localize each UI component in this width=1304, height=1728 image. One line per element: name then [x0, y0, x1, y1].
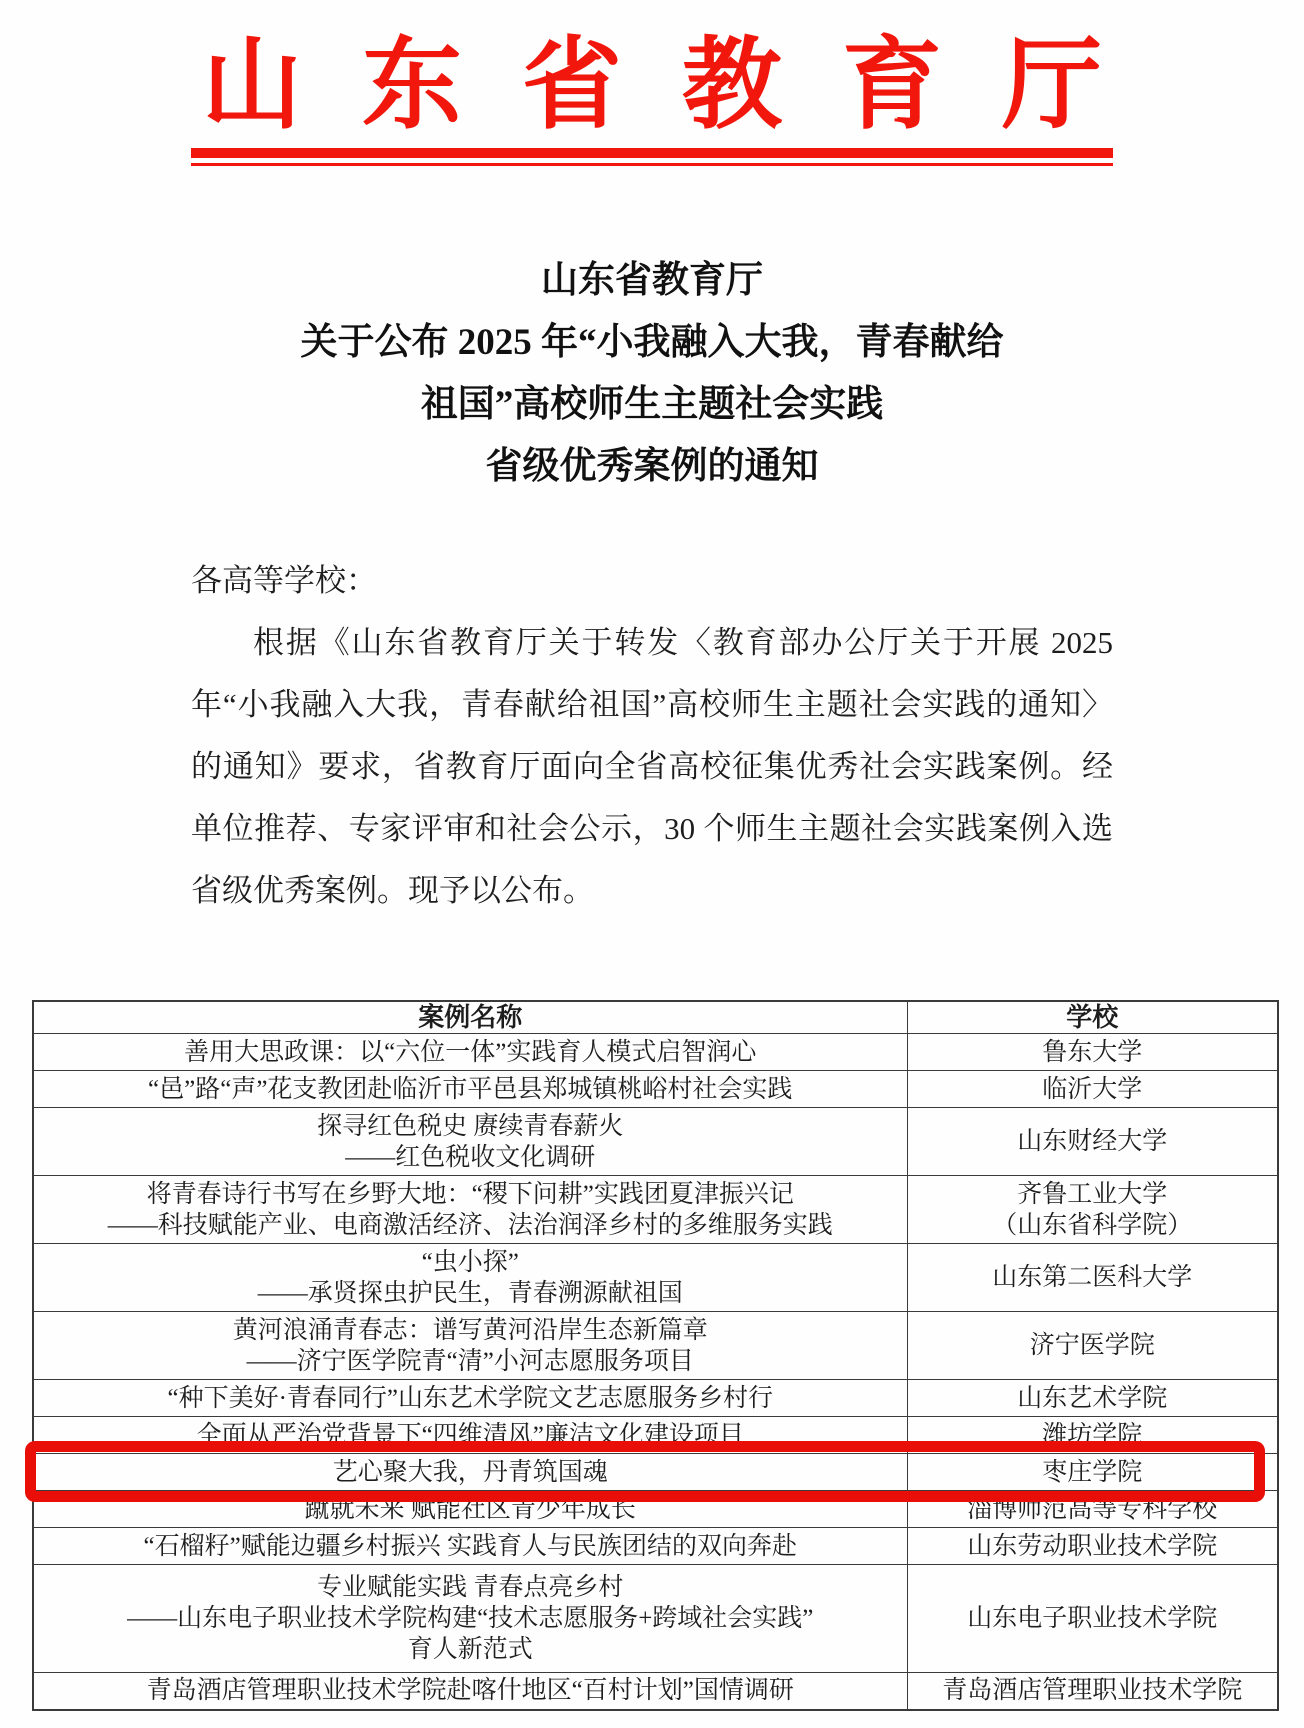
letterhead-rule-thin	[191, 163, 1113, 166]
school-cell: 山东第二医科大学	[907, 1244, 1278, 1312]
results-table-wrap: 案例名称 学校 善用大思政课：以“六位一体”实践育人模式启智润心鲁东大学“邑”路…	[32, 1000, 1277, 1711]
document-page: 山东省教育厅 山东省教育厅 关于公布 2025 年“小我融入大我，青春献给 祖国…	[0, 0, 1304, 1728]
document-title-line: 关于公布 2025 年“小我融入大我，青春献给	[0, 312, 1304, 374]
school-header: 学校	[907, 1001, 1278, 1034]
case-name-cell: 艺心聚大我，丹青筑国魂	[33, 1454, 907, 1491]
letterhead-rule-thick	[191, 148, 1113, 158]
case-name-cell: 善用大思政课：以“六位一体”实践育人模式启智润心	[33, 1034, 907, 1071]
school-cell: 山东电子职业技术学院	[907, 1565, 1278, 1673]
case-name-cell: 将青春诗行书写在乡野大地：“稷下问耕”实践团夏津振兴记 ——科技赋能产业、电商激…	[33, 1176, 907, 1244]
document-title-line: 省级优秀案例的通知	[0, 436, 1304, 498]
case-name-cell: “种下美好·青春同行”山东艺术学院文艺志愿服务乡村行	[33, 1380, 907, 1417]
school-cell: 临沂大学	[907, 1071, 1278, 1108]
document-body: 各高等学校： 根据《山东省教育厅关于转发〈教育部办公厅关于开展 2025 年“小…	[191, 550, 1113, 922]
table-row: 黄河浪涌青春志：谱写黄河沿岸生态新篇章 ——济宁医学院青“清”小河志愿服务项目济…	[33, 1312, 1278, 1380]
school-cell: 青岛酒店管理职业技术学院	[907, 1673, 1278, 1710]
school-cell: 齐鲁工业大学 （山东省科学院）	[907, 1176, 1278, 1244]
case-name-cell: 黄河浪涌青春志：谱写黄河沿岸生态新篇章 ——济宁医学院青“清”小河志愿服务项目	[33, 1312, 907, 1380]
school-cell: 山东劳动职业技术学院	[907, 1528, 1278, 1565]
document-title-line: 山东省教育厅	[0, 250, 1304, 312]
school-cell: 鲁东大学	[907, 1034, 1278, 1071]
case-name-header: 案例名称	[33, 1001, 907, 1034]
letterhead: 山东省教育厅	[0, 26, 1304, 166]
table-row: “邑”路“声”花支教团赴临沂市平邑县郑城镇桃峪村社会实践临沂大学	[33, 1071, 1278, 1108]
school-cell: 山东艺术学院	[907, 1380, 1278, 1417]
table-row: 专业赋能实践 青春点亮乡村 ——山东电子职业技术学院构建“技术志愿服务+跨域社会…	[33, 1565, 1278, 1673]
salutation: 各高等学校：	[191, 550, 1113, 612]
table-row: 艺心聚大我，丹青筑国魂枣庄学院	[33, 1454, 1278, 1491]
results-table: 案例名称 学校 善用大思政课：以“六位一体”实践育人模式启智润心鲁东大学“邑”路…	[32, 1000, 1279, 1711]
case-name-cell: 专业赋能实践 青春点亮乡村 ——山东电子职业技术学院构建“技术志愿服务+跨域社会…	[33, 1565, 907, 1673]
table-header-row: 案例名称 学校	[33, 1001, 1278, 1034]
letterhead-rules	[191, 148, 1113, 166]
case-name-cell: 全面从严治党背景下“四维清风”廉洁文化建设项目	[33, 1417, 907, 1454]
school-cell: 潍坊学院	[907, 1417, 1278, 1454]
case-name-cell: 探寻红色税史 赓续青春薪火 ——红色税收文化调研	[33, 1108, 907, 1176]
letterhead-org-name: 山东省教育厅	[0, 26, 1304, 146]
table-row: “种下美好·青春同行”山东艺术学院文艺志愿服务乡村行山东艺术学院	[33, 1380, 1278, 1417]
table-row: 善用大思政课：以“六位一体”实践育人模式启智润心鲁东大学	[33, 1034, 1278, 1071]
body-paragraph: 根据《山东省教育厅关于转发〈教育部办公厅关于开展 2025 年“小我融入大我，青…	[191, 612, 1113, 922]
case-name-cell: 青岛酒店管理职业技术学院赴喀什地区“百村计划”国情调研	[33, 1673, 907, 1710]
document-title-line: 祖国”高校师生主题社会实践	[0, 374, 1304, 436]
table-row: “虫小探” ——承贤探虫护民生，青春溯源献祖国山东第二医科大学	[33, 1244, 1278, 1312]
table-row: “石榴籽”赋能边疆乡村振兴 实践育人与民族团结的双向奔赴山东劳动职业技术学院	[33, 1528, 1278, 1565]
table-row: 将青春诗行书写在乡野大地：“稷下问耕”实践团夏津振兴记 ——科技赋能产业、电商激…	[33, 1176, 1278, 1244]
case-name-cell: “石榴籽”赋能边疆乡村振兴 实践育人与民族团结的双向奔赴	[33, 1528, 907, 1565]
school-cell: 济宁医学院	[907, 1312, 1278, 1380]
table-row: 蹴就未来 赋能社区青少年成长淄博师范高等专科学校	[33, 1491, 1278, 1528]
table-row: 青岛酒店管理职业技术学院赴喀什地区“百村计划”国情调研青岛酒店管理职业技术学院	[33, 1673, 1278, 1710]
school-cell: 枣庄学院	[907, 1454, 1278, 1491]
table-row: 全面从严治党背景下“四维清风”廉洁文化建设项目潍坊学院	[33, 1417, 1278, 1454]
document-title: 山东省教育厅 关于公布 2025 年“小我融入大我，青春献给 祖国”高校师生主题…	[0, 250, 1304, 498]
case-name-cell: 蹴就未来 赋能社区青少年成长	[33, 1491, 907, 1528]
school-cell: 山东财经大学	[907, 1108, 1278, 1176]
school-cell: 淄博师范高等专科学校	[907, 1491, 1278, 1528]
case-name-cell: “虫小探” ——承贤探虫护民生，青春溯源献祖国	[33, 1244, 907, 1312]
table-row: 探寻红色税史 赓续青春薪火 ——红色税收文化调研山东财经大学	[33, 1108, 1278, 1176]
case-name-cell: “邑”路“声”花支教团赴临沂市平邑县郑城镇桃峪村社会实践	[33, 1071, 907, 1108]
